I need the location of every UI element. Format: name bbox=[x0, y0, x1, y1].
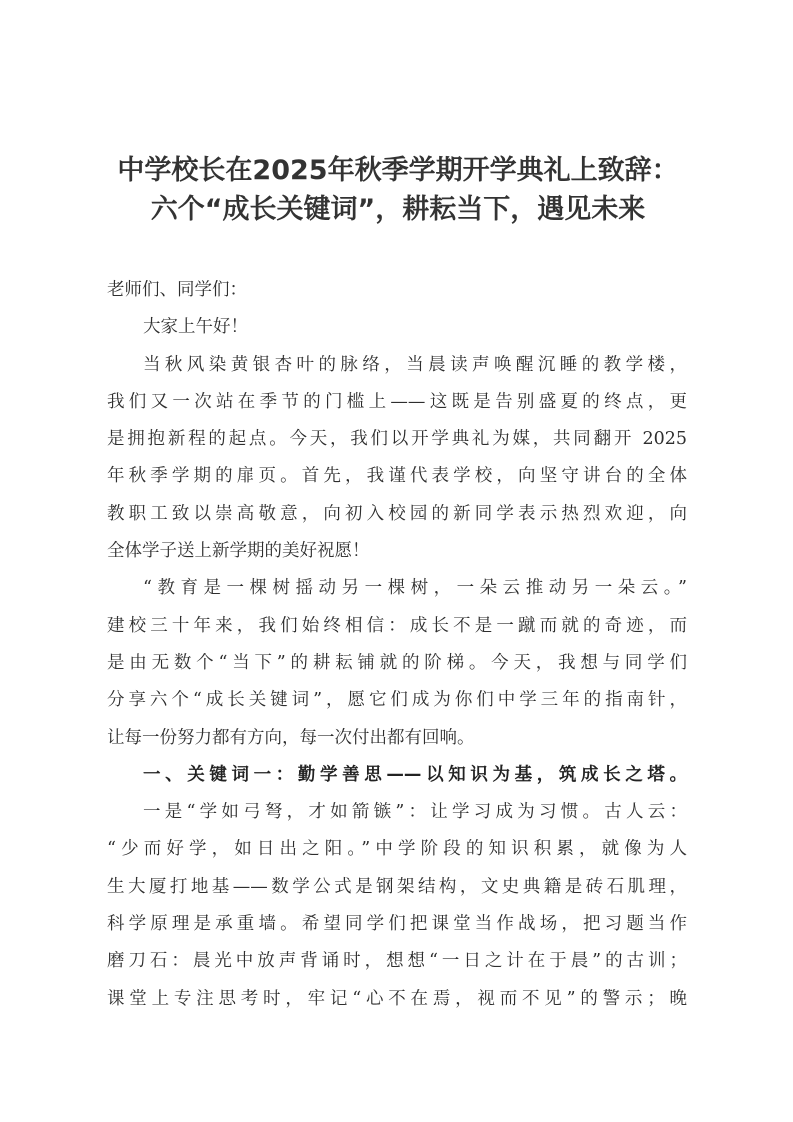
body-text-line: 生大厦打地基——数学公式是钢架结构，文史典籍是砖石肌理， bbox=[107, 869, 687, 906]
body-text-line: 大家上午好！ bbox=[107, 309, 687, 346]
body-text-line: 建校三十年来，我们始终相信：成长不是一蹴而就的奇迹，而 bbox=[107, 608, 687, 645]
body-text-line: “少而好学，如日出之阳。”中学阶段的知识积累，就像为人 bbox=[107, 831, 687, 868]
body-text-line: 磨刀石：晨光中放声背诵时，想想“一日之计在于晨”的古训； bbox=[107, 943, 687, 980]
body-text-line: 一是“学如弓弩，才如箭镞”：让学习成为习惯。古人云： bbox=[107, 794, 687, 831]
body-text-line: “教育是一棵树摇动另一棵树，一朵云推动另一朵云。” bbox=[107, 570, 687, 607]
section-heading-line: 一、关键词一：勤学善思——以知识为基，筑成长之塔。 bbox=[107, 757, 687, 794]
body-text-line: 当秋风染黄银杏叶的脉络，当晨读声唤醒沉睡的教学楼， bbox=[107, 347, 687, 384]
body-text-line: 让每一份努力都有方向，每一次付出都有回响。 bbox=[107, 720, 687, 757]
title-line-1: 中学校长在2025年秋季学期开学典礼上致辞： bbox=[100, 151, 696, 190]
body-text-line: 科学原理是承重墙。希望同学们把课堂当作战场，把习题当作 bbox=[107, 906, 687, 943]
body-text-line: 是由无数个“当下”的耕耘铺就的阶梯。今天，我想与同学们 bbox=[107, 645, 687, 682]
body-text-line: 老师们、同学们： bbox=[107, 272, 687, 309]
title-line-2: 六个“成长关键词”，耕耘当下，遇见未来 bbox=[100, 190, 696, 229]
document-page: 中学校长在2025年秋季学期开学典礼上致辞： 六个“成长关键词”，耕耘当下，遇见… bbox=[0, 0, 793, 1122]
document-title: 中学校长在2025年秋季学期开学典礼上致辞： 六个“成长关键词”，耕耘当下，遇见… bbox=[100, 151, 696, 229]
body-text-line: 是拥抱新程的起点。今天，我们以开学典礼为媒，共同翻开 2025 bbox=[107, 421, 687, 458]
body-text-line: 分享六个“成长关键词”，愿它们成为你们中学三年的指南针， bbox=[107, 682, 687, 719]
body-text-line: 我们又一次站在季节的门槛上——这既是告别盛夏的终点，更 bbox=[107, 384, 687, 421]
document-body: 老师们、同学们：大家上午好！当秋风染黄银杏叶的脉络，当晨读声唤醒沉睡的教学楼，我… bbox=[107, 272, 687, 1018]
body-text-line: 课堂上专注思考时，牢记“心不在焉，视而不见”的警示；晚 bbox=[107, 981, 687, 1018]
body-text-line: 教职工致以崇高敬意，向初入校园的新同学表示热烈欢迎，向 bbox=[107, 496, 687, 533]
body-text-line: 全体学子送上新学期的美好祝愿！ bbox=[107, 533, 687, 570]
body-text-line: 年秋季学期的扉页。首先，我谨代表学校，向坚守讲台的全体 bbox=[107, 458, 687, 495]
